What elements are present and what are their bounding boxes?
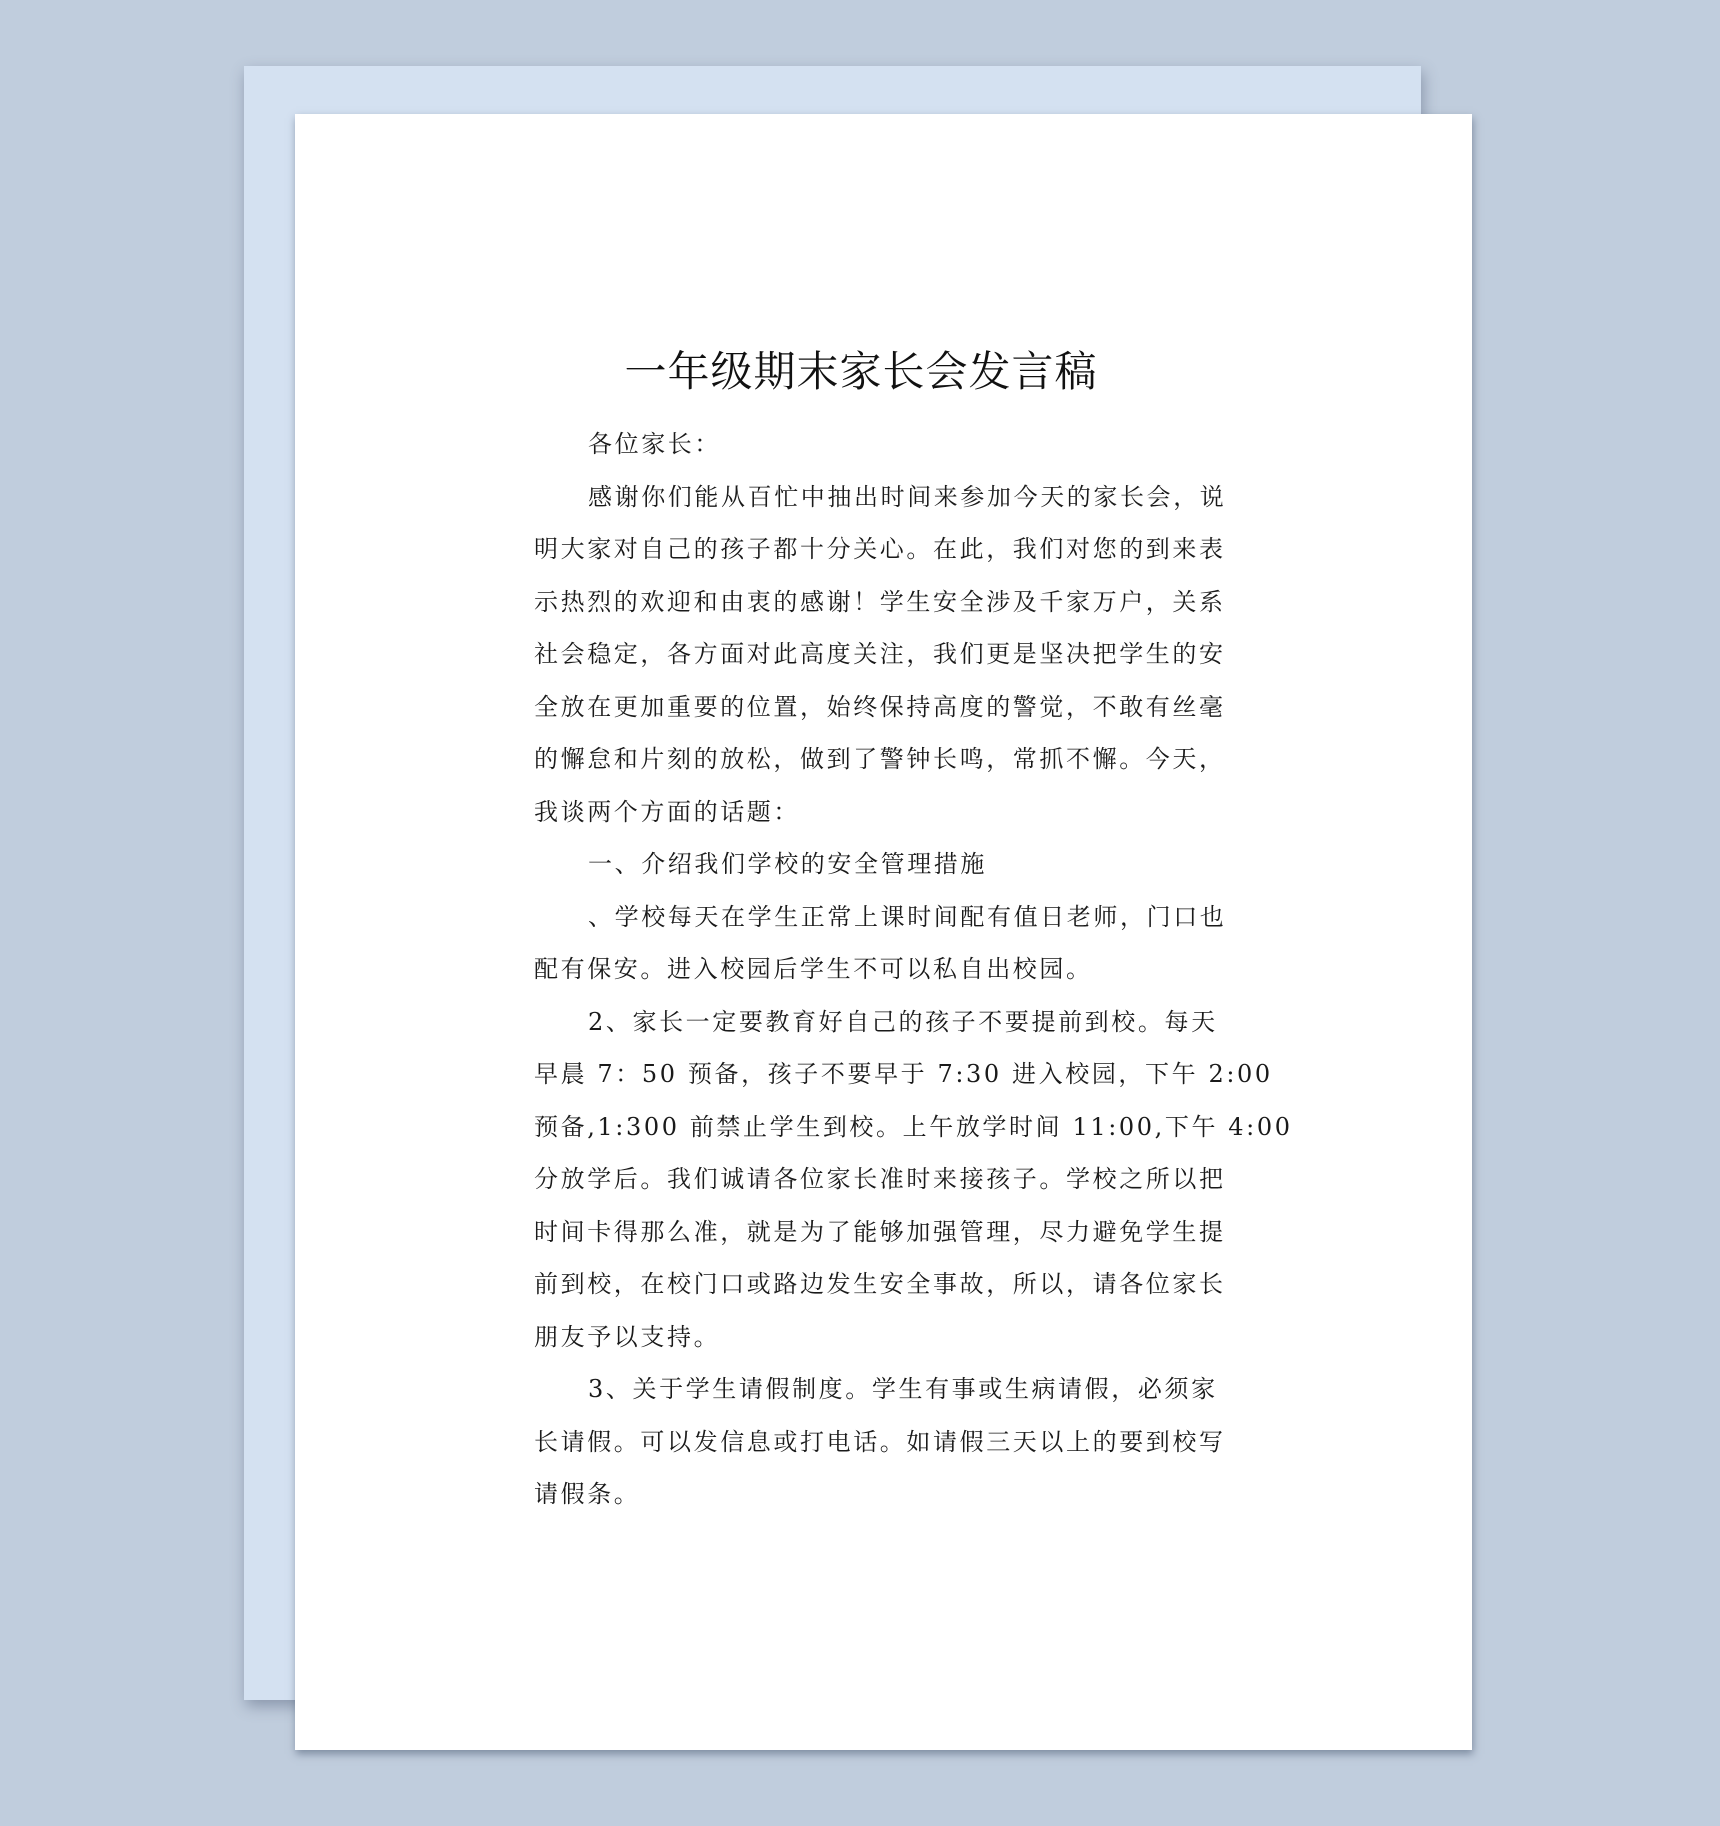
section-heading: 一、介绍我们学校的安全管理措施 [534, 838, 1234, 891]
paragraph-line: 3、关于学生请假制度。学生有事或生病请假，必须家 [534, 1363, 1234, 1416]
paragraph-line: 明大家对自己的孩子都十分关心。在此，我们对您的到来表 [534, 523, 1234, 576]
paragraph-line: 配有保安。进入校园后学生不可以私自出校园。 [534, 943, 1234, 996]
paragraph-line: 社会稳定，各方面对此高度关注，我们更是坚决把学生的安 [534, 628, 1234, 681]
paragraph-line: 时间卡得那么准，就是为了能够加强管理，尽力避免学生提 [534, 1206, 1234, 1259]
paragraph-line: 感谢你们能从百忙中抽出时间来参加今天的家长会，说 [534, 471, 1234, 524]
document-title: 一年级期末家长会发言稿 [0, 343, 1720, 401]
paragraph-line: 2、家长一定要教育好自己的孩子不要提前到校。每天 [534, 996, 1234, 1049]
document-body: 各位家长： 感谢你们能从百忙中抽出时间来参加今天的家长会，说 明大家对自己的孩子… [534, 418, 1234, 1521]
paragraph-line: 预备,1:300 前禁止学生到校。上午放学时间 11:00,下午 4:00 [534, 1101, 1234, 1154]
paragraph-line: 示热烈的欢迎和由衷的感谢！学生安全涉及千家万户，关系 [534, 576, 1234, 629]
paragraph-line: 全放在更加重要的位置，始终保持高度的警觉，不敢有丝毫 [534, 681, 1234, 734]
salutation: 各位家长： [534, 418, 1234, 471]
paragraph-line: 的懈怠和片刻的放松，做到了警钟长鸣，常抓不懈。今天， [534, 733, 1234, 786]
paragraph-line: 、学校每天在学生正常上课时间配有值日老师，门口也 [534, 891, 1234, 944]
paragraph-line: 朋友予以支持。 [534, 1311, 1234, 1364]
paragraph-line: 长请假。可以发信息或打电话。如请假三天以上的要到校写 [534, 1416, 1234, 1469]
paragraph-line: 前到校，在校门口或路边发生安全事故，所以，请各位家长 [534, 1258, 1234, 1311]
paragraph-line: 分放学后。我们诚请各位家长准时来接孩子。学校之所以把 [534, 1153, 1234, 1206]
paragraph-line: 早晨 7：50 预备，孩子不要早于 7:30 进入校园，下午 2:00 [534, 1048, 1234, 1101]
paragraph-line: 我谈两个方面的话题： [534, 786, 1234, 839]
paragraph-line: 请假条。 [534, 1468, 1234, 1521]
